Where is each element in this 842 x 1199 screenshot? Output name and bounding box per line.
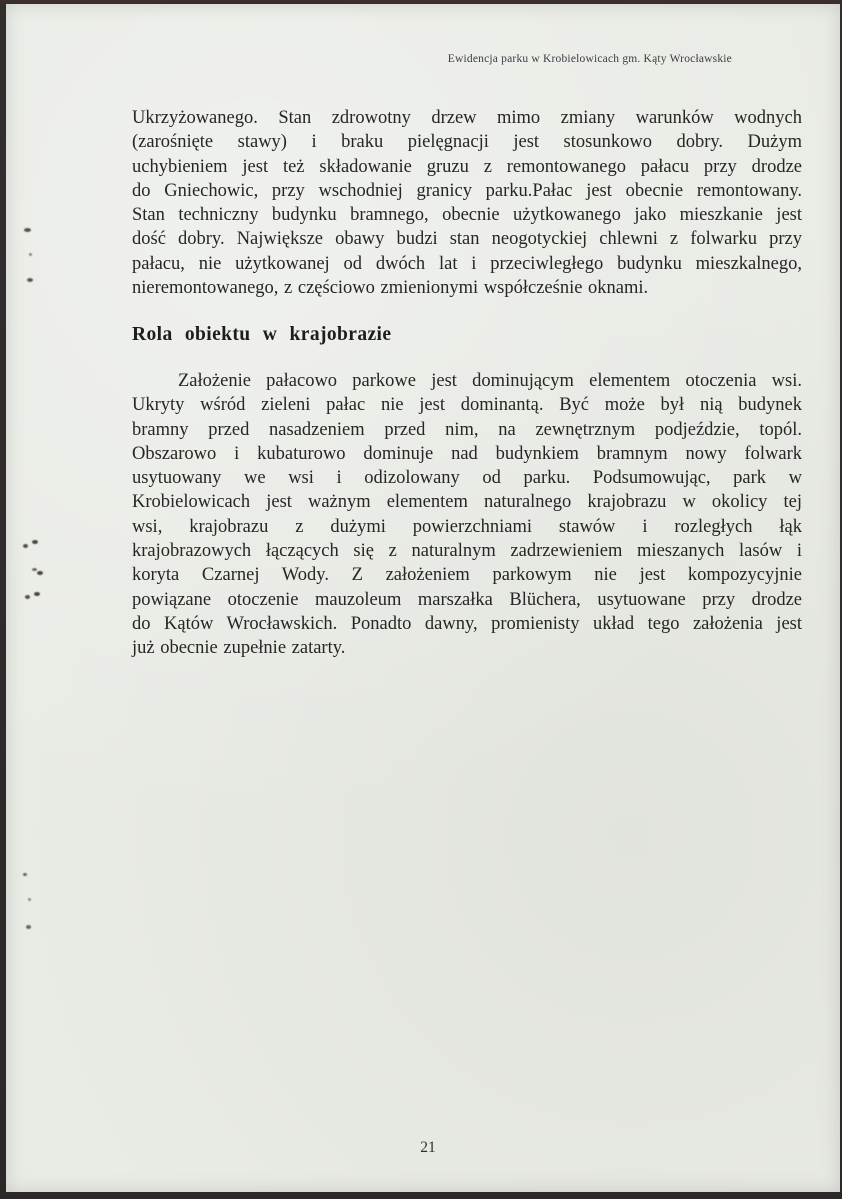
text-line: Ukrzyżowanego. Stan zdrowotny drzew mimo… [132,106,802,130]
text-line: Założenie pałacowo parkowe jest dominują… [132,369,802,393]
text-line: Obszarowo i kubaturowo dominuje nad budy… [132,442,802,466]
text-line: dość dobry. Największe obawy budzi stan … [132,227,802,251]
margin-mark [24,228,31,232]
margin-mark [25,595,30,599]
text-line: krajobrazowych łączących się z naturalny… [132,539,802,563]
text-line: do Kątów Wrocławskich. Ponadto dawny, pr… [132,612,802,636]
text-line: usytuowany we wsi i odizolowany od parku… [132,466,802,490]
text-line: wsi, krajobrazu z dużymi powierzchniami … [132,515,802,539]
text-line: Krobielowicach jest ważnym elementem nat… [132,490,802,514]
text-line: Ukryty wśród zieleni pałac nie jest domi… [132,393,802,417]
section-heading: Rola obiektu w krajobrazie [132,324,391,346]
margin-mark [23,544,28,548]
text-line: (zarośnięte stawy) i braku pielęgnacji j… [132,130,802,154]
page-number: 21 [408,1139,448,1157]
text-line: nieremontowanego, z częściowo zmienionym… [132,276,802,300]
margin-mark [23,873,27,876]
paper-sheet: Ewidencja parku w Krobielowicach gm. Kąt… [6,4,840,1192]
text-line: już obecnie zupełnie zatarty. [132,636,802,660]
margin-mark [34,592,40,596]
text-line: pałacu, nie użytkowanej od dwóch lat i p… [132,252,802,276]
paragraph-1: Ukrzyżowanego. Stan zdrowotny drzew mimo… [132,106,802,300]
text-line: do Gniechowic, przy wschodniej granicy p… [132,179,802,203]
margin-mark [37,571,43,575]
margin-mark [27,278,33,282]
scanned-page: Ewidencja parku w Krobielowicach gm. Kąt… [0,0,842,1199]
text-line: koryta Czarnej Wody. Z założeniem parkow… [132,563,802,587]
margin-mark [32,540,38,544]
margin-mark [28,898,31,901]
text-line: powiązane otoczenie mauzoleum marszałka … [132,588,802,612]
running-header: Ewidencja parku w Krobielowicach gm. Kąt… [132,53,732,65]
paragraph-2: Założenie pałacowo parkowe jest dominują… [132,369,802,661]
text-line: Stan techniczny budynku bramnego, obecni… [132,203,802,227]
margin-mark [26,925,31,929]
margin-mark [32,568,37,571]
text-line: bramny przed nasadzeniem przed nim, na z… [132,418,802,442]
margin-mark [29,253,32,256]
text-line: uchybieniem jest też składowanie gruzu z… [132,155,802,179]
